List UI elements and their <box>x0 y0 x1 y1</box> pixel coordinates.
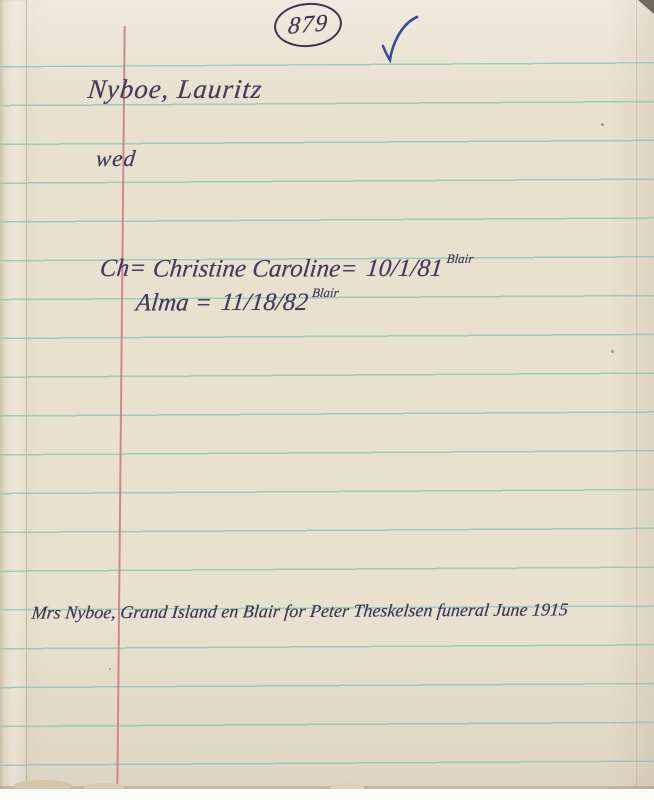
checkmark-icon <box>381 14 427 64</box>
paper-speck <box>109 668 111 670</box>
paper-speck <box>611 350 614 353</box>
children-label: Ch= <box>99 255 148 282</box>
child-name: Christine Caroline= <box>152 255 359 282</box>
child-date: 11/18/82 <box>220 289 310 316</box>
page-number-stamp: 879 <box>272 0 344 50</box>
child-name: Alma = <box>135 289 214 316</box>
child-place: Blair <box>446 251 474 266</box>
right-edge-line <box>636 0 637 800</box>
child-entry-row: Alma =11/18/82Blair <box>135 289 340 317</box>
page-number: 879 <box>287 10 330 41</box>
scan-corner-shadow <box>638 0 654 14</box>
child-date: 10/1/81 <box>365 255 444 282</box>
entry-name: Nyboe, Lauritz <box>86 74 264 105</box>
paper-speck <box>601 123 604 126</box>
entry-status: wed <box>95 146 138 172</box>
child-entry-row: Ch=Christine Caroline=10/1/81Blair <box>99 255 474 283</box>
ledger-page-scan: 879 Nyboe, Lauritz wed Ch=Christine Caro… <box>0 0 654 800</box>
child-place: Blair <box>311 285 339 300</box>
scanner-background <box>0 789 654 800</box>
funeral-note: Mrs Nyboe, Grand Island en Blair for Pet… <box>31 599 569 623</box>
